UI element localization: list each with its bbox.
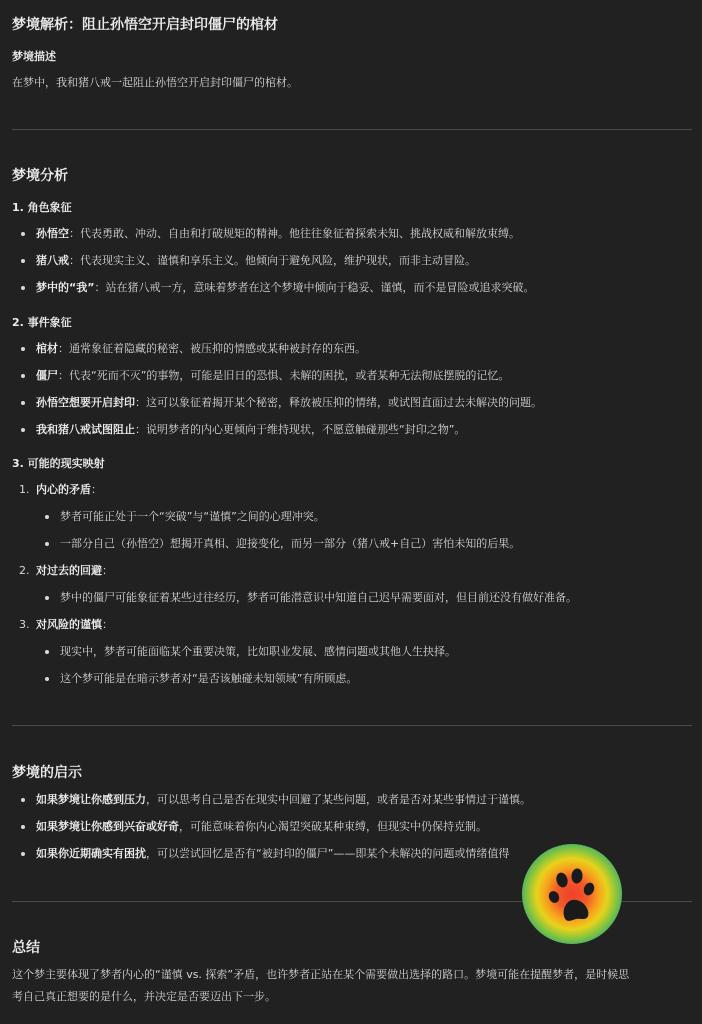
list-item-term: 我和猪八戒试图阻止	[36, 423, 135, 436]
list-item-text: ：站在猪八戒一方，意味着梦者在这个梦境中倾向于稳妥、谨慎，而不是冒险或追求突破。	[94, 281, 534, 294]
list-item-text: ：代表现实主义、谨慎和享乐主义。他倾向于避免风险，维护现状，而非主动冒险。	[69, 254, 476, 267]
ordered-number: 3.	[19, 617, 30, 633]
bullet-icon	[45, 542, 49, 546]
list-item-text: 一部分自己（孙悟空）想揭开真相、迎接变化，而另一部分（猪八戒+自己）害怕未知的后…	[60, 536, 520, 552]
bullet-icon	[21, 798, 25, 802]
summary-heading: 总结	[12, 938, 40, 958]
list-item-text: ：代表勇敢、冲动、自由和打破规矩的精神。他往往象征着探索未知、挑战权威和解放束缚…	[69, 227, 520, 240]
bullet-icon	[45, 515, 49, 519]
paw-icon	[522, 844, 622, 944]
description-heading: 梦境描述	[12, 49, 56, 65]
bullet-icon	[21, 232, 25, 236]
bullet-icon	[21, 825, 25, 829]
bullet-icon	[45, 650, 49, 654]
list-item-text: 这个梦可能是在暗示梦者对“是否该触碰未知领域”有所顾虑。	[60, 671, 357, 687]
list-item-term: 如果梦境让你感到兴奋或好奇	[36, 820, 179, 833]
list-item-text: ：这可以象征着揭开某个秘密，释放被压抑的情绪，或试图直面过去未解决的问题。	[135, 396, 542, 409]
list-item-text: 梦者可能正处于一个“突破”与“谨慎”之间的心理冲突。	[60, 509, 325, 525]
list-item-text: ，可以思考自己是否在现实中回避了某些问题，或者是否对某些事情过于谨慎。	[146, 793, 531, 806]
bullet-icon	[21, 286, 25, 290]
list-item-term: 如果梦境让你感到压力	[36, 793, 146, 806]
section-heading-roles: 1. 角色象征	[12, 200, 72, 216]
ordered-term: 内心的矛盾	[36, 483, 91, 496]
section-heading-reality: 3. 可能的现实映射	[12, 456, 105, 472]
ordered-term: 对过去的回避	[36, 564, 102, 577]
bullet-icon	[45, 596, 49, 600]
bullet-icon	[21, 259, 25, 263]
ordered-number: 1.	[19, 482, 30, 498]
bullet-icon	[21, 347, 25, 351]
list-item-term: 僵尸	[36, 369, 58, 382]
analysis-heading: 梦境分析	[12, 166, 68, 186]
divider	[12, 725, 692, 726]
list-item-text: ：代表“死而不灭”的事物，可能是旧日的恐惧、未解的困扰，或者某种无法彻底摆脱的记…	[58, 369, 509, 382]
bullet-icon	[21, 428, 25, 432]
list-item-text: ，可能意味着你内心渴望突破某种束缚，但现实中仍保持克制。	[179, 820, 487, 833]
list-item-term: 孙悟空想要开启封印	[36, 396, 135, 409]
ordered-number: 2.	[19, 563, 30, 579]
ordered-term: 对风险的谨慎	[36, 618, 102, 631]
list-item-term: 孙悟空	[36, 227, 69, 240]
page-title: 梦境解析：阻止孙悟空开启封印僵尸的棺材	[12, 15, 278, 35]
list-item-text: 梦中的僵尸可能象征着某些过往经历，梦者可能潜意识中知道自己迟早需要面对，但目前还…	[60, 590, 577, 606]
list-item-term: 梦中的“我”	[36, 281, 94, 294]
list-item-term: 棺材	[36, 342, 58, 355]
summary-text-line-2: 考自己真正想要的是什么，并决定是否要迈出下一步。	[12, 989, 276, 1005]
bullet-icon	[21, 401, 25, 405]
list-item-term: 猪八戒	[36, 254, 69, 267]
list-item-text: ，可以尝试回忆是否有“被封印的僵尸”——即某个未解决的问题或情绪值得	[146, 847, 509, 860]
bullet-icon	[45, 677, 49, 681]
summary-text-line-1: 这个梦主要体现了梦者内心的“谨慎 vs. 探索”矛盾，也许梦者正站在某个需要做出…	[12, 967, 629, 983]
description-text: 在梦中，我和猪八戒一起阻止孙悟空开启封印僵尸的棺材。	[12, 75, 298, 91]
list-item-text: 现实中，梦者可能面临某个重要决策，比如职业发展、感情问题或其他人生抉择。	[60, 644, 456, 660]
bullet-icon	[21, 852, 25, 856]
section-heading-events: 2. 事件象征	[12, 315, 72, 331]
list-item-text: ：说明梦者的内心更倾向于维持现状，不愿意触碰那些“封印之物”。	[135, 423, 465, 436]
list-item-term: 如果你近期确实有困扰	[36, 847, 146, 860]
insights-heading: 梦境的启示	[12, 763, 82, 783]
bullet-icon	[21, 374, 25, 378]
floating-paw-button[interactable]	[522, 844, 622, 944]
divider	[12, 129, 692, 130]
list-item-text: ：通常象征着隐藏的秘密、被压抑的情感或某种被封存的东西。	[58, 342, 366, 355]
dream-analysis-document: 梦境解析：阻止孙悟空开启封印僵尸的棺材 梦境描述 在梦中，我和猪八戒一起阻止孙悟…	[0, 0, 702, 1024]
